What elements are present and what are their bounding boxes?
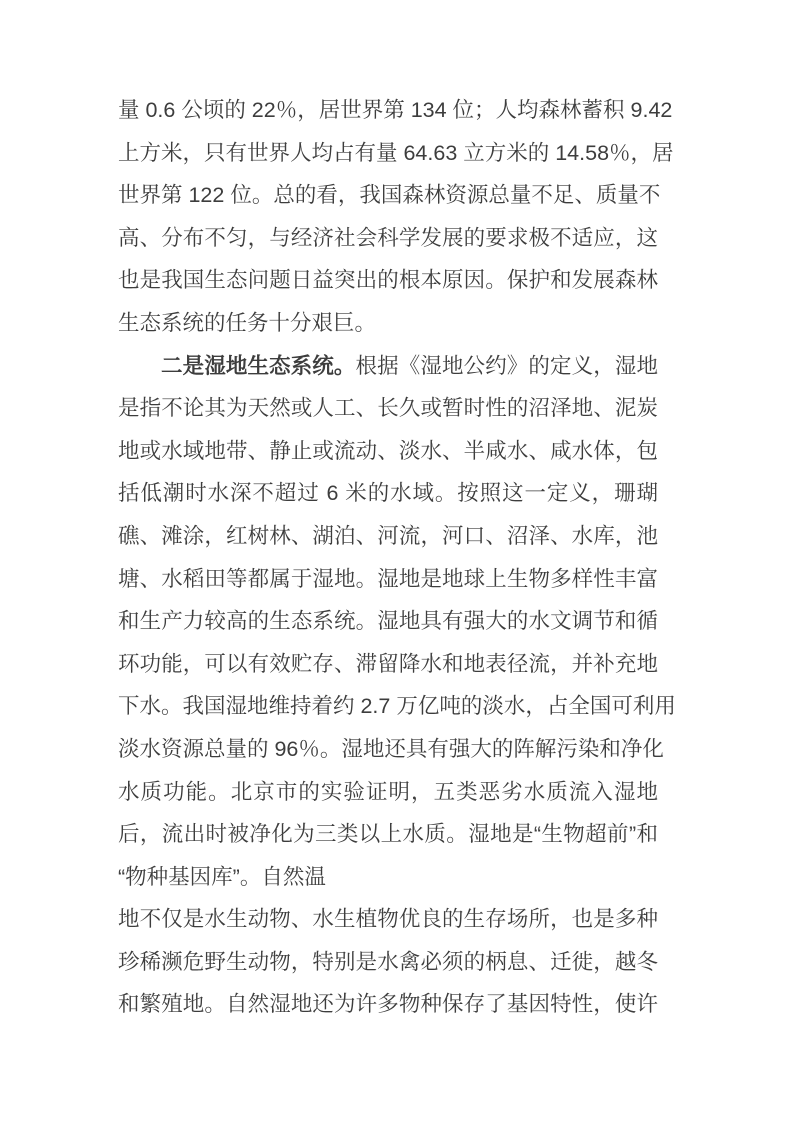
text-line: “物种基因库”。自然温 [118, 856, 658, 899]
paragraph-forest: 量 0.6 公顷的 22％，居世界第 134 位；人均森林蓄积 9.42 上方米… [118, 89, 658, 345]
text-line: 礁、滩涂，红树林、湖泊、河流，河口、沼泽、水库，池 [118, 515, 658, 558]
text-line: 环功能，可以有效贮存、滞留降水和地表径流，并补充地 [118, 643, 658, 686]
paragraph-lead-bold: 二是湿地生态系统。 [161, 354, 356, 378]
paragraph-lead-rest: 根据《湿地公约》的定义，湿地 [356, 354, 658, 378]
text-line: 下水。我国湿地维持着约 2.7 万亿吨的淡水，占全国可利用 [118, 685, 658, 728]
text-line: 二是湿地生态系统。根据《湿地公约》的定义，湿地 [118, 345, 658, 388]
text-line: 淡水资源总量的 96％。湿地还具有强大的阵解污染和净化 [118, 728, 658, 771]
text-line: 是指不论其为天然或人工、长久或暂时性的沼泽地、泥炭 [118, 387, 658, 430]
text-line: 量 0.6 公顷的 22％，居世界第 134 位；人均森林蓄积 9.42 [118, 89, 658, 132]
text-line: 世界第 122 位。总的看，我国森林资源总量不足、质量不 [118, 174, 658, 217]
text-line: 上方米，只有世界人均占有量 64.63 立方米的 14.58％，居 [118, 132, 658, 175]
paragraph-wetland: 二是湿地生态系统。根据《湿地公约》的定义，湿地 是指不论其为天然或人工、长久或暂… [118, 345, 658, 1027]
text-line: 塘、水稻田等都属于湿地。湿地是地球上生物多样性丰富 [118, 558, 658, 601]
document-page: 量 0.6 公顷的 22％，居世界第 134 位；人均森林蓄积 9.42 上方米… [0, 0, 794, 1123]
text-line: 括低潮时水深不超过 6 米的水域。按照这一定义，珊瑚 [118, 472, 658, 515]
text-line: 珍稀濒危野生动物，特别是水禽必须的柄息、迁徙，越冬 [118, 941, 658, 984]
text-line: 和生产力较高的生态系统。湿地具有强大的水文调节和循 [118, 600, 658, 643]
text-line: 后，流出时被净化为三类以上水质。湿地是“生物超前”和 [118, 813, 658, 856]
text-line: 生态系统的任务十分艰巨。 [118, 302, 658, 345]
text-line: 和繁殖地。自然湿地还为许多物种保存了基因特性，使许 [118, 983, 658, 1026]
text-line: 水质功能。北京市的实验证明，五类恶劣水质流入湿地 [118, 771, 658, 814]
text-line: 高、分布不匀，与经济社会科学发展的要求极不适应，这 [118, 217, 658, 260]
text-line: 地或水域地带、静止或流动、淡水、半咸水、咸水体，包 [118, 430, 658, 473]
document-text-block: 量 0.6 公顷的 22％，居世界第 134 位；人均森林蓄积 9.42 上方米… [118, 89, 658, 1026]
text-line: 地不仅是水生动物、水生植物优良的生存场所，也是多种 [118, 898, 658, 941]
text-line: 也是我国生态问题日益突出的根本原因。保护和发展森林 [118, 259, 658, 302]
